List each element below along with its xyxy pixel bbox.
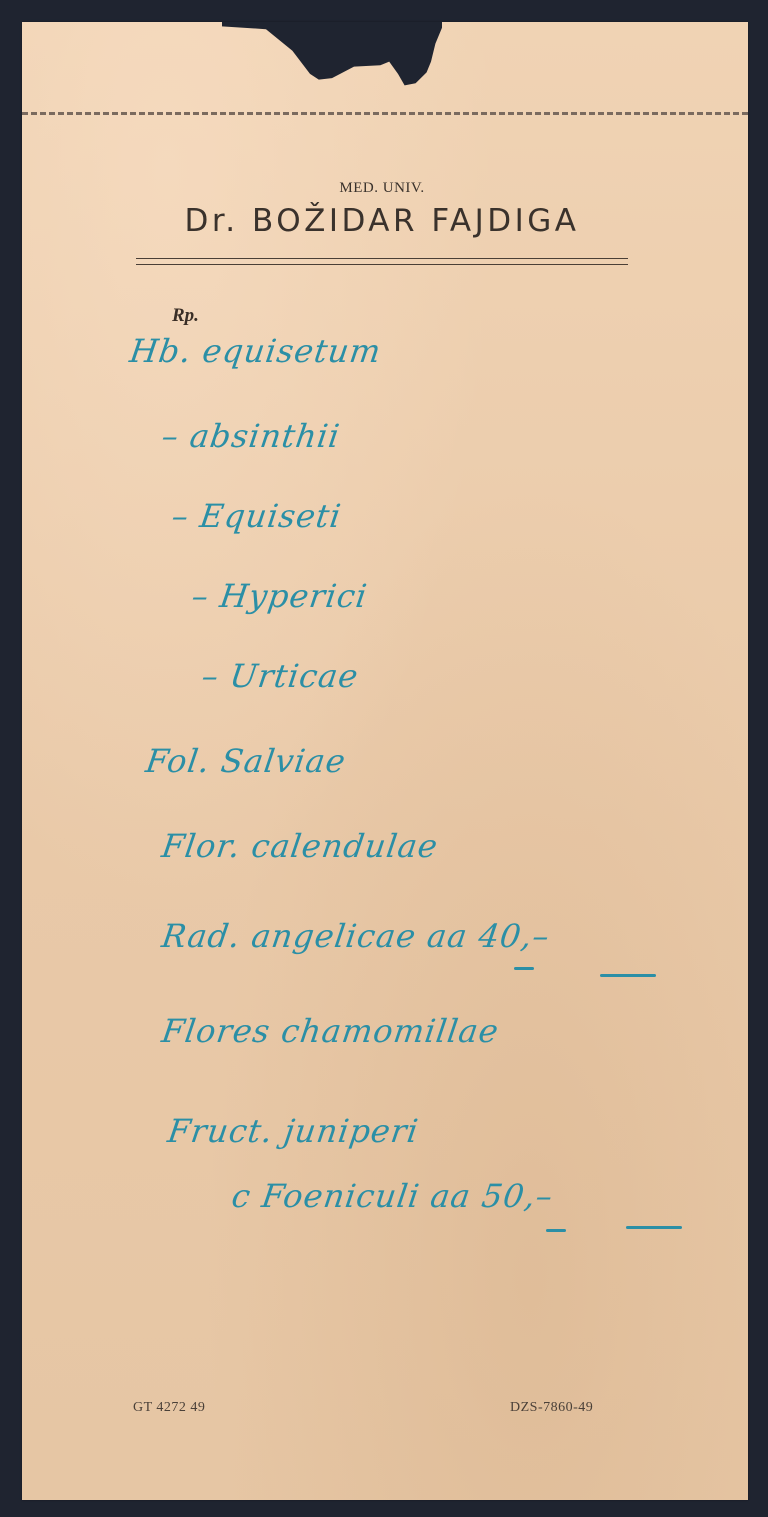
handwritten-line: Flores chamomillae bbox=[159, 1012, 501, 1050]
aa-underline bbox=[514, 967, 534, 970]
handwritten-line: – Equiseti bbox=[169, 497, 344, 535]
amount-underline bbox=[626, 1226, 682, 1229]
handwritten-line: Fruct. juniperi bbox=[165, 1112, 421, 1150]
letterhead: MED. UNIV. Dr. BOŽIDAR FAJDIGA bbox=[136, 180, 628, 239]
handwritten-line: – Urticae bbox=[199, 657, 361, 695]
handwritten-line: Flor. calendulae bbox=[159, 827, 440, 865]
handwritten-line: Hb. equisetum bbox=[127, 332, 384, 370]
prescription-paper: MED. UNIV. Dr. BOŽIDAR FAJDIGA Rp. Hb. e… bbox=[22, 22, 748, 1500]
handwritten-line: – absinthii bbox=[159, 417, 342, 455]
letterhead-title: Dr. BOŽIDAR FAJDIGA bbox=[136, 203, 628, 239]
perforation-line bbox=[22, 112, 748, 115]
amount-underline bbox=[600, 974, 656, 977]
aa-underline bbox=[546, 1229, 566, 1232]
handwritten-line: – Hyperici bbox=[189, 577, 370, 615]
footer-right-code: DZS-7860-49 bbox=[510, 1400, 593, 1416]
letterhead-double-rule bbox=[136, 258, 628, 265]
rp-label: Rp. bbox=[172, 305, 199, 327]
letterhead-subtitle: MED. UNIV. bbox=[136, 180, 628, 197]
torn-edge bbox=[222, 22, 442, 94]
handwritten-line: Fol. Salviae bbox=[143, 742, 348, 780]
handwritten-line: Rad. angelicae aa 40,– bbox=[159, 917, 552, 955]
handwritten-line: c Foeniculi aa 50,– bbox=[229, 1177, 555, 1215]
footer-left-code: GT 4272 49 bbox=[133, 1400, 205, 1416]
